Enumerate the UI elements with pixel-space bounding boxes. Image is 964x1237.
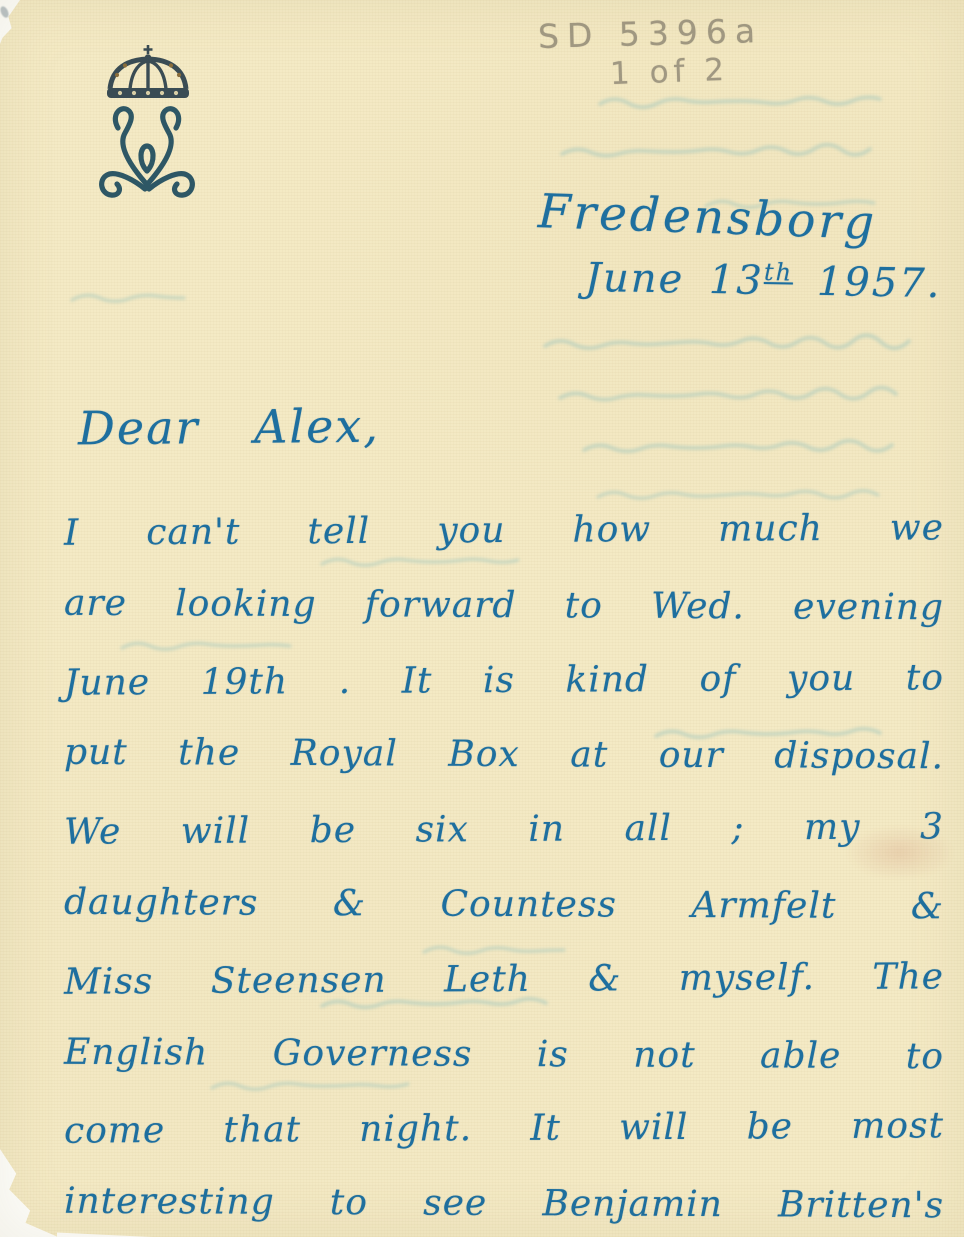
letter-date: June 13th1957.	[585, 255, 942, 307]
body-line: come that night. It will be most	[64, 1090, 944, 1170]
salutation: Dear Alex,	[78, 399, 380, 456]
crown-icon	[107, 45, 189, 98]
letter-body: I can't tell you how much we are looking…	[64, 494, 944, 1237]
catalog-number-annotation: SD 5396a	[538, 11, 764, 56]
body-line: put the Royal Box at our disposal.	[64, 716, 944, 795]
letter-page: SD 5396a 1 of 2 Fredensborg June 13th195…	[0, 0, 964, 1237]
body-line: We will be six in all ; my 3	[64, 791, 944, 871]
body-line: English Governess is not able to	[64, 1015, 944, 1094]
date-year: 1957.	[817, 259, 942, 307]
cipher-icon	[102, 109, 193, 195]
body-line: daughters & Countess Armfelt &	[64, 866, 944, 945]
body-line: interesting to see Benjamin Britten's	[64, 1165, 944, 1237]
body-line: Miss Steensen Leth & myself. The	[64, 940, 944, 1020]
date-ordinal: th	[764, 258, 794, 287]
date-month-day: June 13	[585, 255, 765, 304]
body-line: I can't tell you how much we	[64, 491, 944, 571]
page-marker-annotation: 1 of 2	[609, 52, 729, 92]
letter-place: Fredensborg	[537, 184, 878, 251]
royal-monogram	[88, 42, 206, 207]
body-line: June 19th . It is kind of you to	[64, 641, 944, 721]
torn-corner-bottom-left	[0, 1149, 58, 1237]
body-line: are looking forward to Wed. evening	[64, 566, 944, 645]
torn-corner-fleck	[0, 5, 10, 19]
